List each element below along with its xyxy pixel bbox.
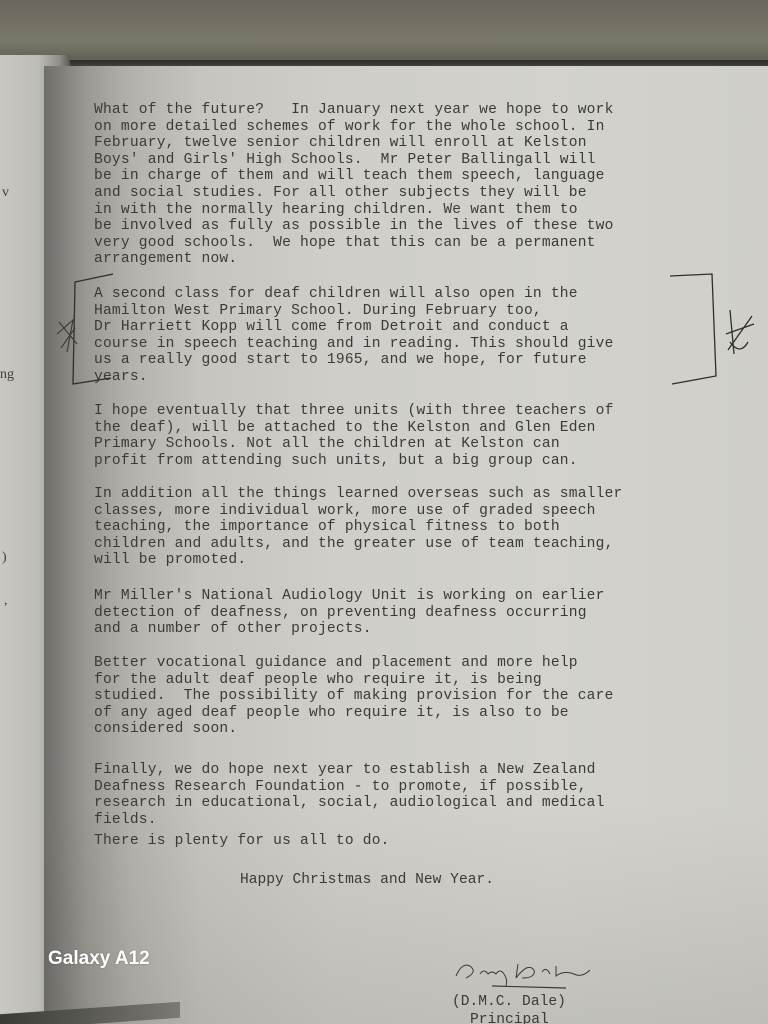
text-line: Better vocational guidance and placement… [94, 655, 694, 672]
text-line: What of the future? In January next year… [94, 102, 694, 119]
text-line: very good schools. We hope that this can… [94, 235, 694, 252]
paragraph-plenty: There is plenty for us all to do. [94, 833, 694, 850]
text-line: Boys' and Girls' High Schools. Mr Peter … [94, 152, 694, 169]
closing-greeting: Happy Christmas and New Year. [240, 872, 494, 888]
text-line: and social studies. For all other subjec… [94, 185, 694, 202]
text-line: studied. The possibility of making provi… [94, 688, 694, 705]
signatory-name: (D.M.C. Dale) [452, 994, 566, 1010]
camera-watermark: Galaxy A12 [48, 948, 150, 970]
text-line: of any aged deaf people who require it, … [94, 705, 694, 722]
left-page-fragment: ng [0, 367, 14, 383]
paragraph-future: What of the future? In January next year… [94, 102, 694, 268]
paragraph-audiology: Mr Miller's National Audiology Unit is w… [94, 588, 694, 638]
paragraph-units: I hope eventually that three units (with… [94, 403, 694, 469]
text-line: I hope eventually that three units (with… [94, 403, 694, 420]
left-page-fragment: , [4, 593, 8, 609]
handwritten-signature-icon [448, 952, 623, 990]
text-line: for the adult deaf people who require it… [94, 672, 694, 689]
text-line: A second class for deaf children will al… [94, 286, 694, 303]
text-line: be in charge of them and will teach them… [94, 168, 694, 185]
text-line: teaching, the importance of physical fit… [94, 519, 694, 536]
handwritten-bracket-right-icon [668, 272, 758, 387]
left-page-fragment: ) [2, 550, 7, 566]
text-line: classes, more individual work, more use … [94, 503, 694, 520]
text-line: Dr Harriett Kopp will come from Detroit … [94, 319, 694, 336]
text-line: and a number of other projects. [94, 621, 694, 638]
text-line: Finally, we do hope next year to establi… [94, 762, 694, 779]
text-line: the deaf), will be attached to the Kelst… [94, 420, 694, 437]
text-line: February, twelve senior children will en… [94, 135, 694, 152]
text-line: considered soon. [94, 721, 694, 738]
text-line: course in speech teaching and in reading… [94, 336, 694, 353]
paragraph-foundation: Finally, we do hope next year to establi… [94, 762, 694, 828]
text-line: will be promoted. [94, 552, 694, 569]
text-line: fields. [94, 812, 694, 829]
text-line: There is plenty for us all to do. [94, 833, 694, 850]
text-line: on more detailed schemes of work for the… [94, 119, 694, 136]
text-line: children and adults, and the greater use… [94, 536, 694, 553]
handwritten-bracket-left-icon [55, 272, 115, 392]
text-line: profit from attending such units, but a … [94, 453, 694, 470]
text-line: years. [94, 369, 694, 386]
text-line: us a really good start to 1965, and we h… [94, 352, 694, 369]
paragraph-second-class: A second class for deaf children will al… [94, 286, 694, 386]
text-line: Hamilton West Primary School. During Feb… [94, 303, 694, 320]
signatory-title: Principal [470, 1012, 549, 1024]
text-line: in with the normally hearing children. W… [94, 202, 694, 219]
text-line: be involved as fully as possible in the … [94, 218, 694, 235]
paragraph-vocational: Better vocational guidance and placement… [94, 655, 694, 738]
left-page-fragment: v [2, 185, 9, 201]
paragraph-overseas: In addition all the things learned overs… [94, 486, 694, 569]
text-line: In addition all the things learned overs… [94, 486, 694, 503]
text-line: arrangement now. [94, 251, 694, 268]
text-line: Primary Schools. Not all the children at… [94, 436, 694, 453]
text-line: Mr Miller's National Audiology Unit is w… [94, 588, 694, 605]
text-line: research in educational, social, audiolo… [94, 795, 694, 812]
text-line: Deafness Research Foundation - to promot… [94, 779, 694, 796]
text-line: detection of deafness, on preventing dea… [94, 605, 694, 622]
